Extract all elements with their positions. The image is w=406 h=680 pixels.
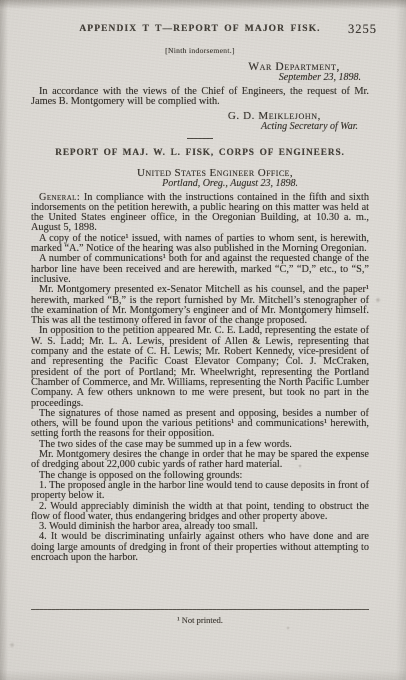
footnote-block: ¹ Not printed. — [31, 609, 369, 625]
paragraph-notice-copy: A copy of the notice¹ issued, with names… — [31, 234, 369, 255]
paragraph-opposition-parties: In opposition to the petition appeared M… — [31, 326, 369, 408]
signature-name: G. D. Meiklejohn, — [31, 110, 369, 122]
paragraph-signatures: The signatures of those named as present… — [31, 409, 369, 440]
footnote-text: ¹ Not printed. — [31, 615, 369, 625]
war-department-date: September 23, 1898. — [31, 73, 369, 83]
scanned-document-page: APPENDIX T T—REPORT OF MAJOR FISK. 3255 … — [0, 0, 406, 680]
section-divider-rule — [187, 138, 213, 139]
running-header-title: APPENDIX T T—REPORT OF MAJOR FISK. — [31, 24, 369, 34]
signature-title: Acting Secretary of War. — [31, 122, 369, 132]
engineer-office-line: United States Engineer Office, — [31, 167, 369, 179]
paragraph-general: General: In compliance with the instruct… — [31, 193, 369, 234]
footnote-rule — [31, 609, 369, 610]
ground-item-2: 2. Would appreciably diminish the width … — [31, 502, 369, 523]
ground-item-1: 1. The proposed angle in the harbor line… — [31, 481, 369, 502]
report-dateline: Portland, Oreg., August 23, 1898. — [31, 179, 369, 189]
indorsement-body-paragraph: In accordance with the views of the Chie… — [31, 87, 369, 108]
report-heading: REPORT OF MAJ. W. L. FISK, CORPS OF ENGI… — [31, 148, 369, 158]
page-header: APPENDIX T T—REPORT OF MAJOR FISK. 3255 — [31, 24, 369, 37]
ground-item-4: 4. It would be discriminating unfairly a… — [31, 532, 369, 563]
general-text: In compliance with the instructions cont… — [31, 192, 369, 234]
paragraph-montgomery-desire: Mr. Montgomery desires the change in ord… — [31, 450, 369, 471]
paragraph-communications: A number of communications¹ both for and… — [31, 254, 369, 285]
paragraph-montgomery-counsel: Mr. Montgomery presented ex-Senator Mitc… — [31, 285, 369, 326]
page-content: APPENDIX T T—REPORT OF MAJOR FISK. 3255 … — [31, 0, 369, 563]
page-number: 3255 — [348, 22, 377, 37]
indorsement-label: [Ninth indorsement.] — [31, 46, 369, 55]
